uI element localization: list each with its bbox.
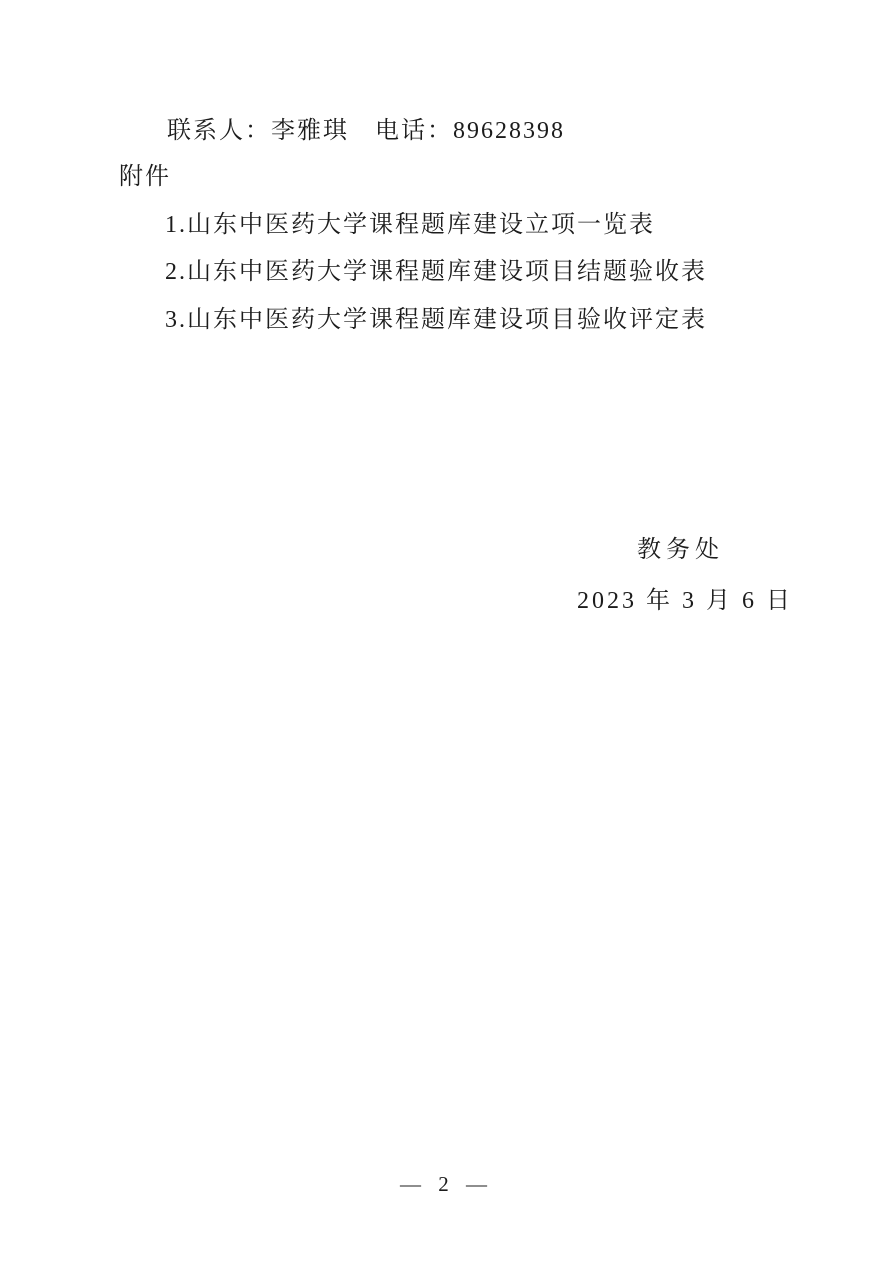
attachment-item-2: 2.山东中医药大学课程题库建设项目结题验收表: [165, 258, 707, 287]
issue-date: 2023 年 3 月 6 日: [577, 587, 793, 616]
document-page: 联系人：李雅琪 电话：89628398 附件 1.山东中医药大学课程题库建设立项…: [0, 0, 893, 1263]
contact-line: 联系人：李雅琪 电话：89628398: [167, 117, 565, 146]
issuing-department-signature: 教务处: [637, 536, 724, 565]
attachment-item-3: 3.山东中医药大学课程题库建设项目验收评定表: [165, 306, 707, 335]
attachment-item-1: 1.山东中医药大学课程题库建设立项一览表: [165, 211, 655, 240]
page-number: — 2 —: [0, 1172, 893, 1197]
attachments-label: 附件: [119, 163, 171, 192]
